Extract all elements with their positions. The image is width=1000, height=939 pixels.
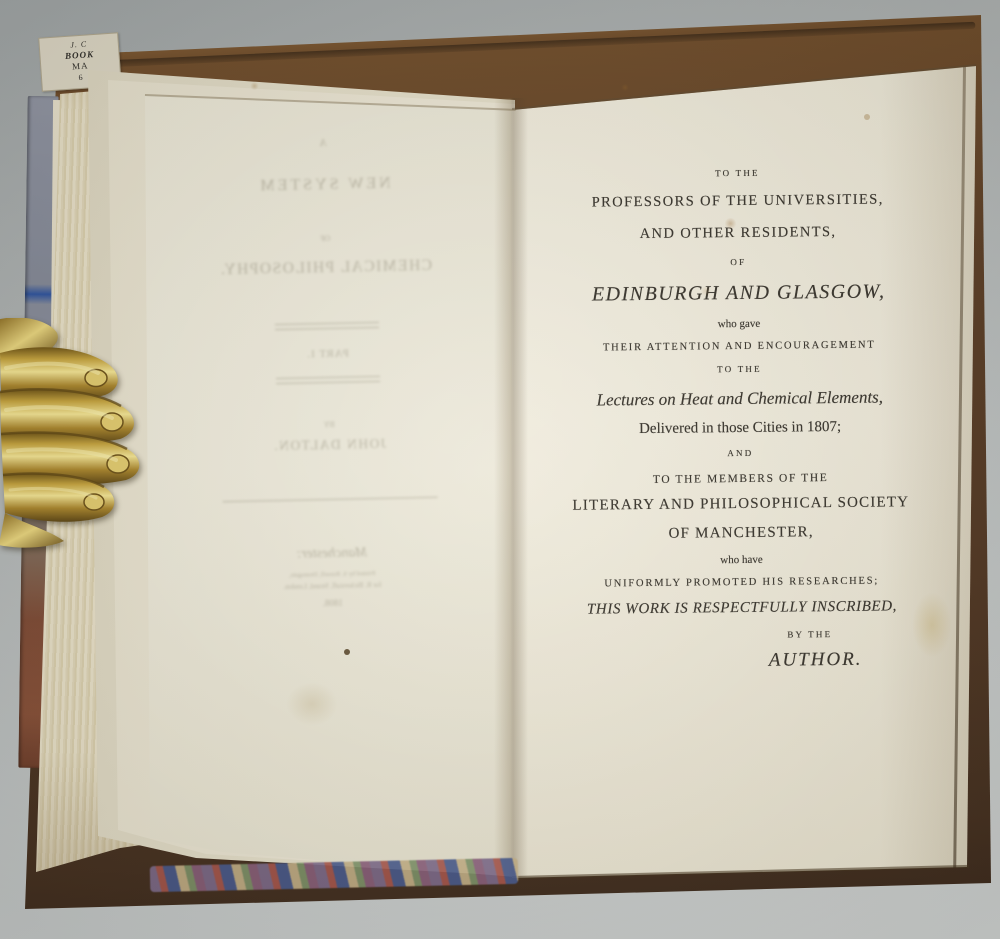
showthrough-rule	[276, 376, 380, 384]
dedication-line: who have	[539, 552, 943, 568]
showthrough-title-page-text: A NEW SYSTEM OF CHEMICAL PHILOSOPHY. PAR…	[153, 134, 503, 611]
dedication-line: OF	[536, 255, 940, 269]
book-photograph: J. C BOOK MA 6 A NEW SYSTEM OF CHEMICAL …	[0, 0, 1000, 939]
dedication-line: UNIFORMLY PROMOTED HIS RESEARCHES;	[540, 575, 944, 590]
dedication-line: LITERARY AND PHILOSOPHICAL SOCIETY	[539, 494, 943, 515]
gilt-hand-clasp	[0, 318, 148, 554]
dedication-line: TO THE	[537, 362, 941, 376]
dedication-line: AUTHOR.	[540, 648, 944, 674]
dedication-line: PROFESSORS OF THE UNIVERSITIES,	[536, 191, 940, 212]
showthrough-rule	[223, 497, 438, 503]
dedication-line: AND	[538, 446, 942, 460]
dedication-line: THIS WORK IS RESPECTFULLY INSCRIBED,	[540, 598, 944, 619]
dedication-line: AND OTHER RESIDENTS,	[536, 223, 940, 244]
gutter-shadow	[494, 98, 528, 880]
showthrough-line: NEW SYSTEM	[154, 172, 494, 197]
dedication-line: BY THE	[540, 628, 944, 642]
dedication-line: who gave	[537, 316, 941, 332]
dedication-line: THEIR ATTENTION AND ENCOURAGEMENT	[537, 339, 941, 354]
showthrough-line: PART I.	[158, 344, 498, 363]
showthrough-line: BY	[159, 416, 499, 432]
dedication-line: Lectures on Heat and Chemical Elements,	[538, 387, 942, 411]
showthrough-line: Manchester:	[162, 542, 502, 565]
showthrough-line: CHEMICAL PHILOSOPHY.	[156, 255, 496, 280]
dedication-line: EDINBURGH AND GLASGOW,	[537, 280, 941, 307]
dedication-line: OF MANCHESTER,	[539, 523, 943, 544]
showthrough-rule	[275, 322, 379, 330]
dedication-text: TO THE PROFESSORS OF THE UNIVERSITIES, A…	[535, 166, 944, 674]
dedication-line: Delivered in those Cities in 1807;	[538, 418, 942, 439]
showthrough-line: OF	[155, 230, 495, 246]
showthrough-line: for R. Bickerstaff, Strand, London.	[162, 578, 502, 593]
showthrough-line: JOHN DALTON.	[159, 433, 499, 456]
dedication-line: TO THE MEMBERS OF THE	[539, 471, 943, 487]
